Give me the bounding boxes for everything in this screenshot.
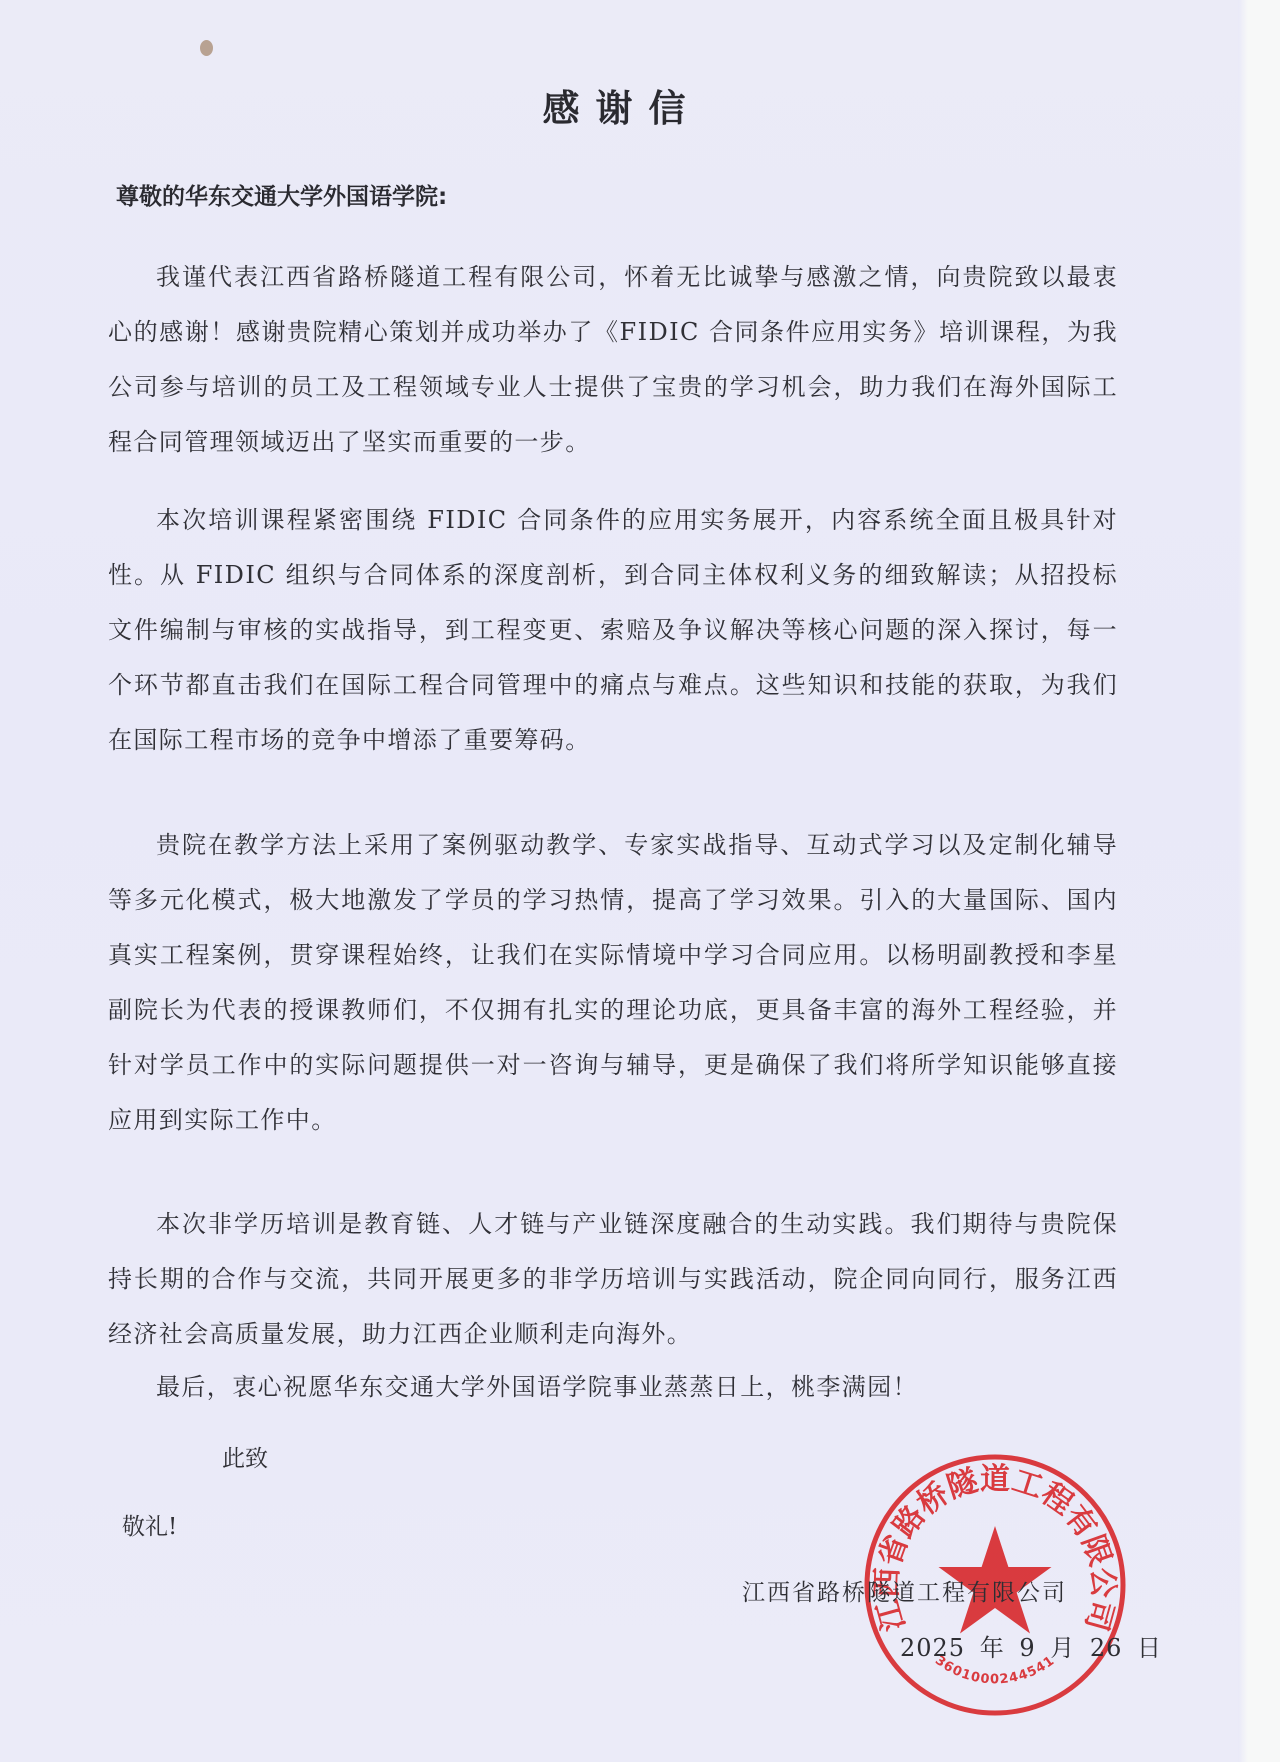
paragraph-text: 最后，衷心祝愿华东交通大学外国语学院事业蒸蒸日上，桃李满园！ [108,1360,1118,1415]
signature-date: 2025 年 9 月 26 日 [900,1628,1162,1663]
letter-salutation: 尊敬的华东交通大学外国语学院: [116,178,447,211]
closing-line-1: 此致 [222,1440,268,1473]
letter-paragraph-4: 本次非学历培训是教育链、人才链与产业链深度融合的生动实践。我们期待与贵院保持长期… [108,1197,1118,1362]
signature-organization: 江西省路桥隧道工程有限公司 [742,1574,1067,1607]
paragraph-text: 本次非学历培训是教育链、人才链与产业链深度融合的生动实践。我们期待与贵院保持长期… [108,1197,1118,1362]
letter-paragraph-2: 本次培训课程紧密围绕 FIDIC 合同条件的应用实务展开，内容系统全面且极具针对… [108,493,1118,768]
letter-paragraph-3: 贵院在教学方法上采用了案例驱动教学、专家实战指导、互动式学习以及定制化辅导等多元… [108,818,1118,1148]
letter-title: 感谢信 [0,78,1244,132]
letter-paragraph-5: 最后，衷心祝愿华东交通大学外国语学院事业蒸蒸日上，桃李满园！ [108,1360,1118,1415]
paper-edge [1238,0,1248,1762]
punch-hole-mark [200,40,213,56]
letter-paragraph-1: 我谨代表江西省路桥隧道工程有限公司，怀着无比诚挚与感激之情，向贵院致以最衷心的感… [108,250,1118,470]
paragraph-text: 贵院在教学方法上采用了案例驱动教学、专家实战指导、互动式学习以及定制化辅导等多元… [108,818,1118,1148]
paragraph-text: 我谨代表江西省路桥隧道工程有限公司，怀着无比诚挚与感激之情，向贵院致以最衷心的感… [108,250,1118,470]
closing-line-2: 敬礼! [122,1508,177,1541]
paragraph-text: 本次培训课程紧密围绕 FIDIC 合同条件的应用实务展开，内容系统全面且极具针对… [108,493,1118,768]
